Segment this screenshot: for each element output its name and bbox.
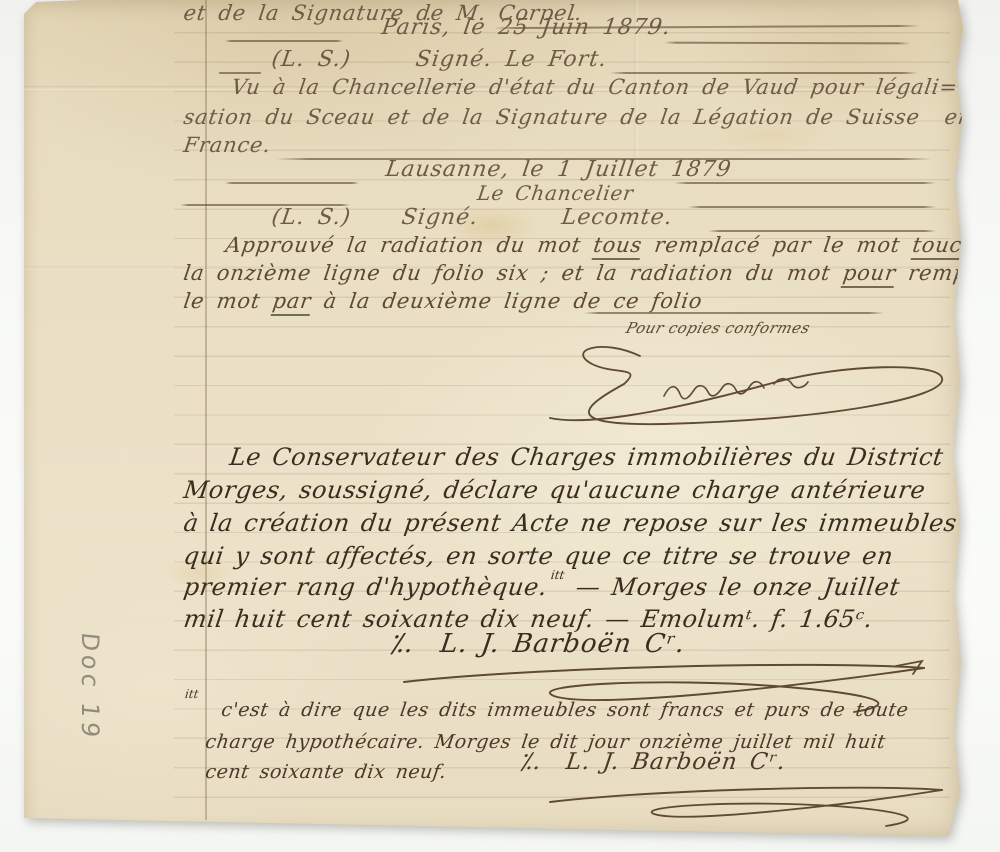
ink-rule <box>218 72 262 74</box>
legalization-line-6: France. <box>182 134 272 157</box>
underlined-word-par: par <box>271 289 313 316</box>
legalization-line-5: sation du Sceau et de la Signature de la… <box>182 106 974 129</box>
document-paper: et de la Signature de M. Corpel. Paris, … <box>24 0 964 840</box>
signature-flourish <box>534 782 954 832</box>
conservator-text: — Morges le onze Juillet <box>563 573 902 601</box>
approval-text: à la deuxième ligne de ce folio <box>310 289 705 313</box>
approval-text: la onzième ligne du folio six ; et la ra… <box>182 261 845 285</box>
approval-line-2: la onzième ligne du folio six ; et la ra… <box>182 262 1000 285</box>
legalization-line-9-ls: (L. S.) <box>270 206 352 230</box>
underlined-word-tous: tous <box>591 233 643 260</box>
approval-text: remplacé par le mot <box>640 233 914 257</box>
conservator-line-1: Le Conservateur des Charges immobilières… <box>228 444 987 470</box>
legalization-line-3-signe: Signé. <box>414 48 494 72</box>
scanned-document: et de la Signature de M. Corpel. Paris, … <box>0 0 1000 852</box>
conservator-line-4: qui y sont affectés, en sorte que ce tit… <box>182 543 895 569</box>
ink-rule <box>674 182 936 184</box>
legalization-line-3-name: Le Fort. <box>504 48 609 72</box>
underlined-word-toucher: toucher <box>911 233 1000 260</box>
ink-rule <box>225 40 343 42</box>
ink-rule <box>688 206 936 208</box>
footnote-reference-mark: itt <box>550 568 565 582</box>
underlined-word-pour: pour <box>841 261 898 288</box>
conservator-line-2: Morges, soussigné, déclare qu'aucune cha… <box>182 477 927 503</box>
approval-line-3: le mot par à la deuxième ligne de ce fol… <box>182 290 704 313</box>
legalization-line-7: Lausanne, le 1 Juillet 1879 <box>384 158 733 182</box>
footnote-marker: itt <box>184 688 199 701</box>
archival-margin-note: Doc 19 <box>76 631 104 742</box>
legalization-line-9-signe: Signé. <box>400 206 480 230</box>
ink-rule <box>610 72 918 74</box>
approval-text: le mot <box>182 289 274 313</box>
ink-rule <box>708 230 936 232</box>
conservator-line-3: à la création du présent Acte ne repose … <box>182 510 959 536</box>
approval-text: Approuvé la radiation du mot <box>224 233 595 257</box>
legalization-line-3-ls: (L. S.) <box>270 48 352 72</box>
signature-flourish <box>544 334 964 434</box>
footnote-line-1: c'est à dire que les dits immeubles sont… <box>220 700 910 721</box>
legalization-line-9-name: Lecomte. <box>560 206 674 230</box>
paper-wrap: et de la Signature de M. Corpel. Paris, … <box>24 0 964 840</box>
approval-line-1: Approuvé la radiation du mot tous rempla… <box>224 234 1000 257</box>
approval-text: remplacé par <box>894 261 1000 285</box>
footnote-signature: ⁒. L. J. Barboën Cʳ. <box>520 750 788 775</box>
conservator-signature: ⁒. L. J. Barboën Cʳ. <box>390 630 687 659</box>
legalization-line-2: Paris, le 25 Juin 1879. <box>380 16 672 40</box>
footnote-line-3: cent soixante dix neuf. <box>204 762 448 783</box>
ink-rule <box>584 312 884 314</box>
conservator-text: premier rang d'hypothèque. <box>182 573 549 601</box>
legalization-line-8: Le Chancelier <box>476 182 635 204</box>
conservator-line-5: premier rang d'hypothèque.itt — Morges l… <box>182 574 902 600</box>
ink-rule <box>225 182 359 184</box>
legalization-line-4: Vu à la Chancellerie d'état du Canton de… <box>230 76 959 99</box>
